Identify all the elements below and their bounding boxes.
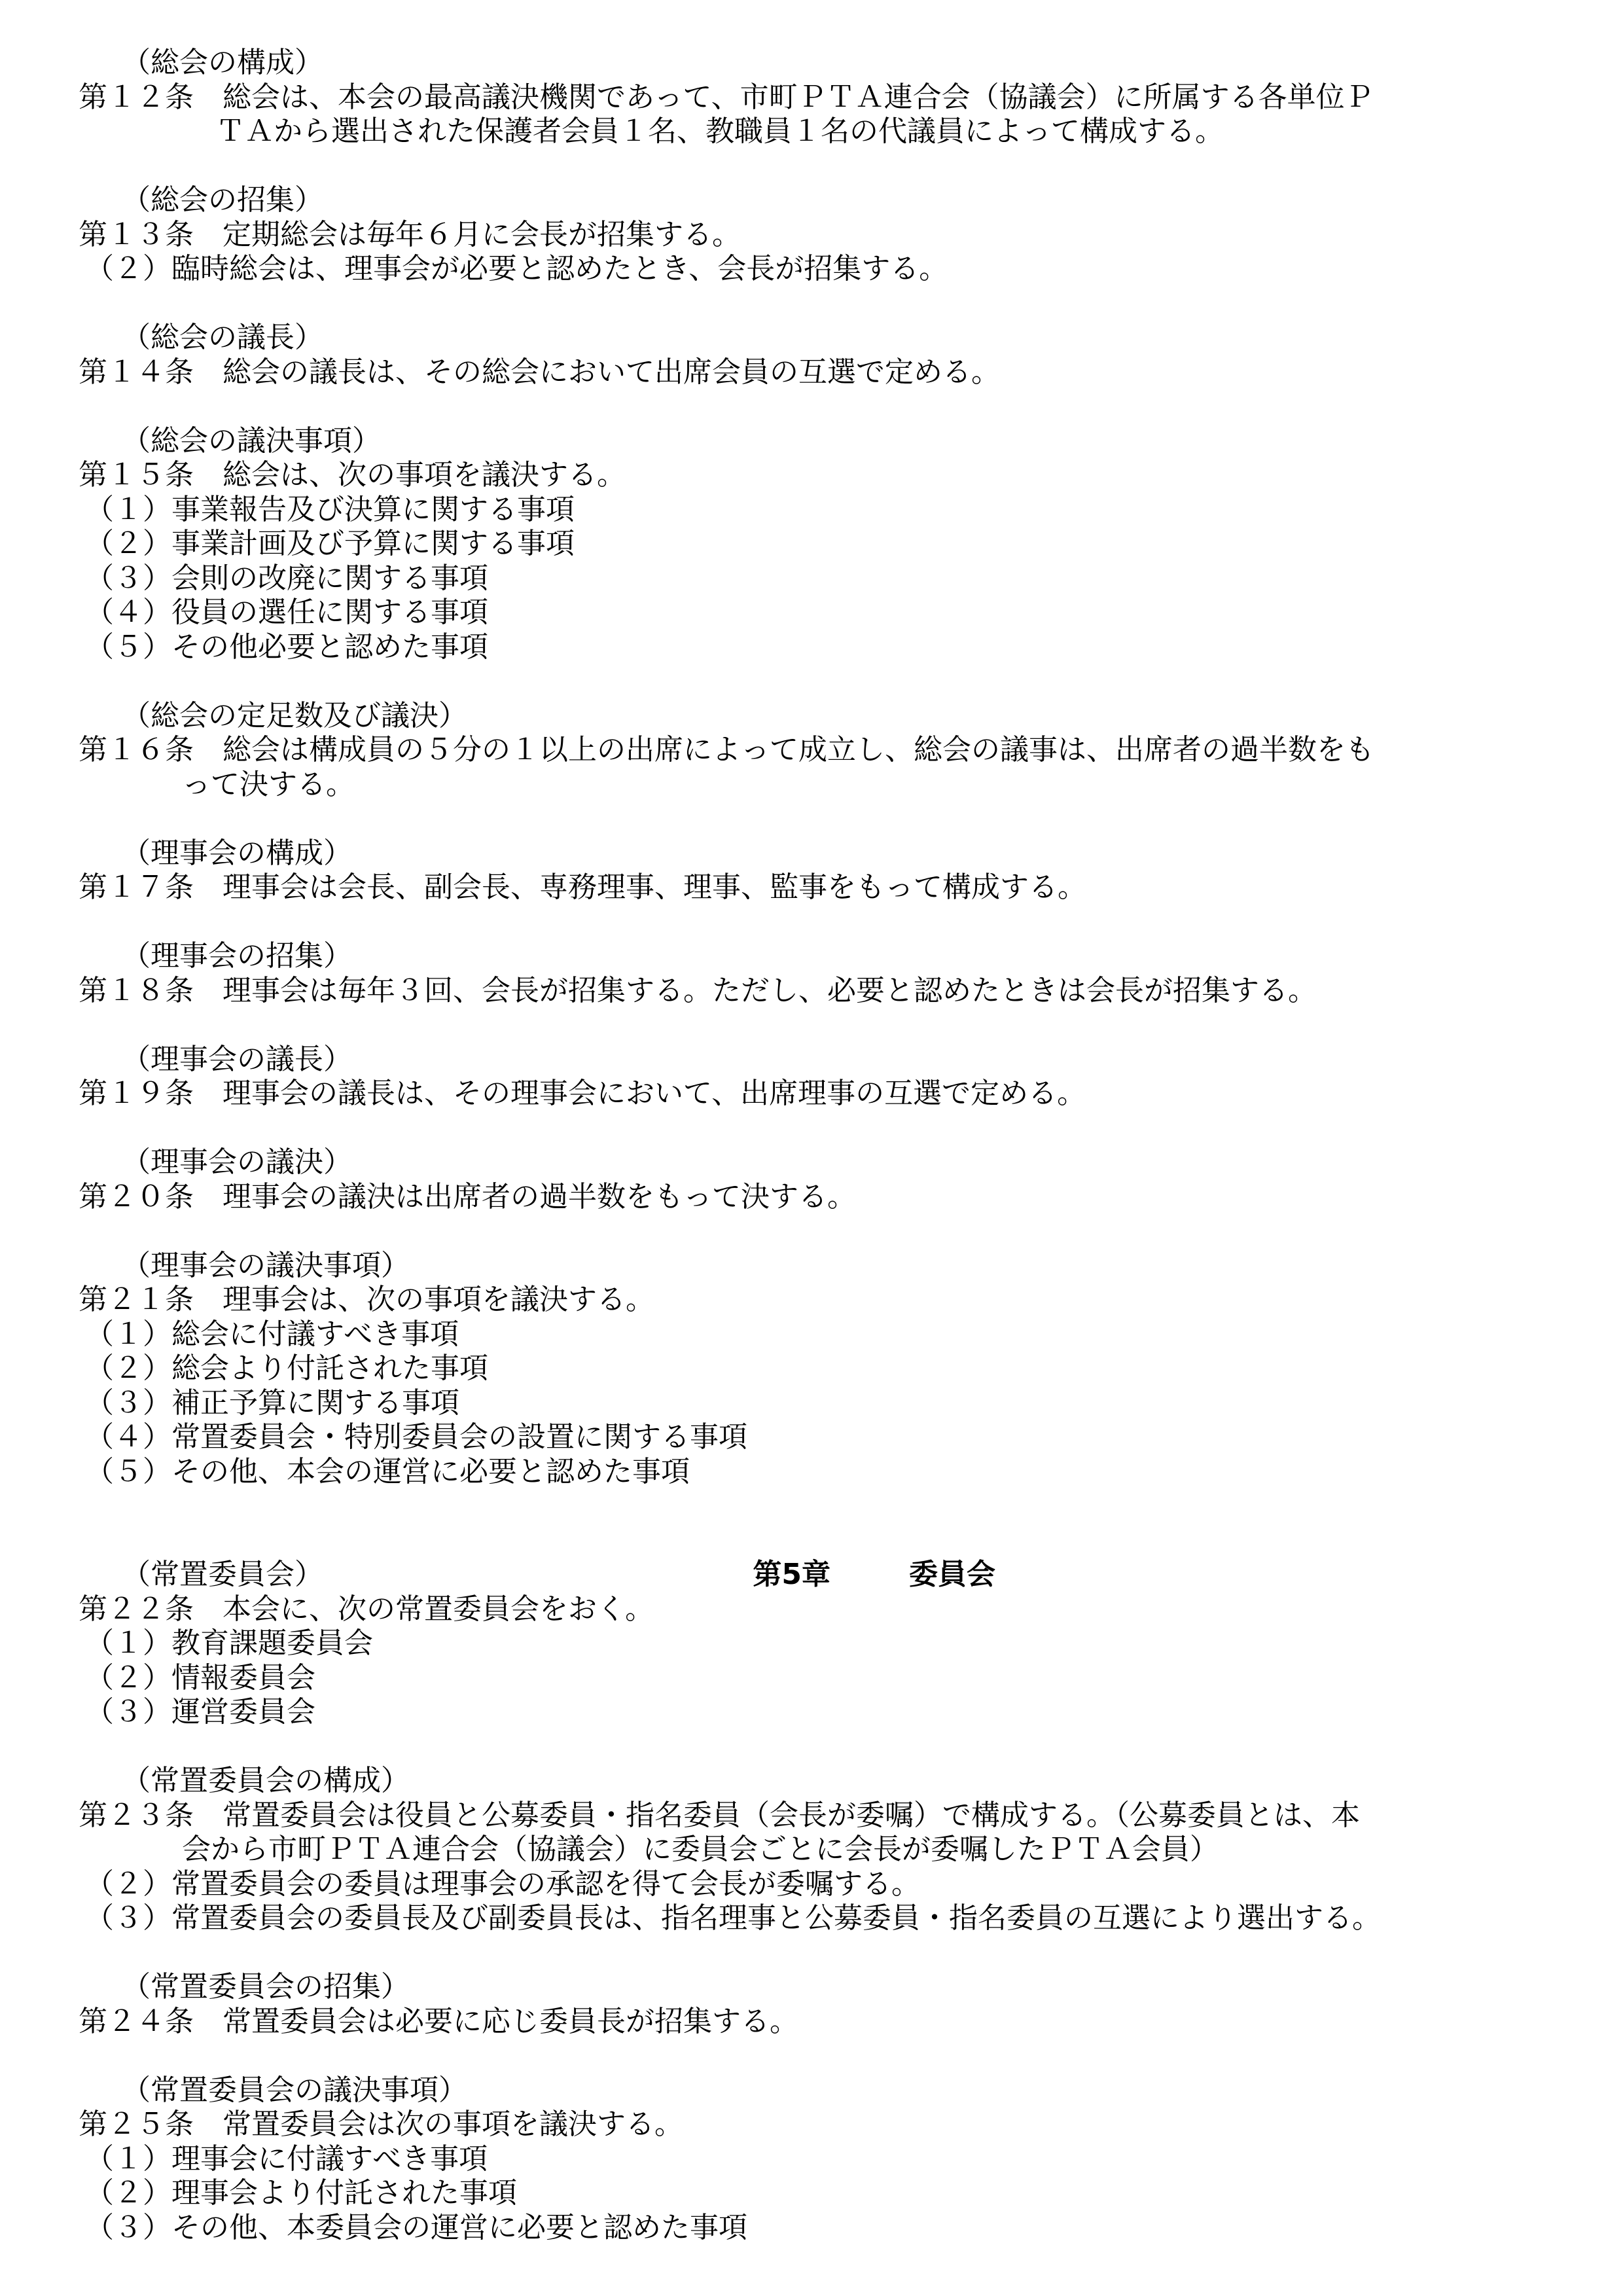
article-25-line-1: 第２５条 常置委員会は次の事項を議決する。 <box>79 2108 1558 2142</box>
section-title: （理事会の議決） <box>79 1145 1558 1180</box>
spacer <box>79 664 1558 699</box>
article-15-line-1: 第１５条 総会は、次の事項を議決する。 <box>79 458 1558 493</box>
section-title: （総会の招集） <box>79 183 1558 218</box>
section-title: （常置委員会の構成） <box>79 1764 1558 1799</box>
list-item: （２）情報委員会 <box>79 1661 1558 1696</box>
list-item: （２）理事会より付託された事項 <box>79 2176 1558 2211</box>
list-item: （４）役員の選任に関する事項 <box>79 596 1558 630</box>
list-item: （２）臨時総会は、理事会が必要と認めたとき、会長が招集する。 <box>79 252 1558 287</box>
article-14-line-1: 第１４条 総会の議長は、その総会において出席会員の互選で定める。 <box>79 355 1558 390</box>
spacer <box>79 1936 1558 1971</box>
list-item: （５）その他必要と認めた事項 <box>79 630 1558 665</box>
section-title: （総会の定足数及び議決） <box>79 699 1558 734</box>
spacer <box>79 1730 1558 1765</box>
list-item: （１）事業報告及び決算に関する事項 <box>79 493 1558 528</box>
section-title: （総会の構成） <box>79 46 1558 81</box>
article-13-line-1: 第１３条 定期総会は毎年６月に会長が招集する。 <box>79 218 1558 253</box>
chapter-heading: 第5章委員会 <box>79 1524 1558 1558</box>
article-16-line-1: 第１６条 総会は構成員の５分の１以上の出席によって成立し、総会の議事は、出席者の… <box>79 733 1558 768</box>
list-item: （３）会則の改廃に関する事項 <box>79 562 1558 596</box>
article-21-line-1: 第２１条 理事会は、次の事項を議決する。 <box>79 1283 1558 1318</box>
list-item: （４）常置委員会・特別委員会の設置に関する事項 <box>79 1420 1558 1455</box>
list-item: （３）運営委員会 <box>79 1695 1558 1730</box>
article-22-line-1: 第２２条 本会に、次の常置委員会をおく。 <box>79 1592 1558 1627</box>
article-23-line-1: 第２３条 常置委員会は役員と公募委員・指名委員（会長が委嘱）で構成する。（公募委… <box>79 1799 1558 1833</box>
section-title: （総会の議長） <box>79 321 1558 355</box>
chapter-title: 委員会 <box>909 1558 995 1591</box>
section-title: （理事会の議決事項） <box>79 1249 1558 1283</box>
article-12-line-2: ＴＡから選出された保護者会員１名、教職員１名の代議員によって構成する。 <box>79 115 1558 149</box>
spacer <box>79 287 1558 321</box>
section-title: （理事会の議長） <box>79 1043 1558 1077</box>
section-title: （理事会の構成） <box>79 836 1558 871</box>
spacer <box>79 1111 1558 1146</box>
article-23-line-2: 会から市町ＰＴＡ連合会（協議会）に委員会ごとに会長が委嘱したＰＴＡ会員） <box>79 1833 1558 1867</box>
list-item: （２）常置委員会の委員は理事会の承認を得て会長が委嘱する。 <box>79 1867 1558 1902</box>
chapter-number: 第5章 <box>753 1558 830 1591</box>
section-title: （常置委員会の招集） <box>79 1970 1558 2005</box>
section-title: （理事会の招集） <box>79 939 1558 974</box>
spacer <box>79 389 1558 424</box>
list-item: （１）教育課題委員会 <box>79 1626 1558 1661</box>
section-title: （総会の議決事項） <box>79 424 1558 459</box>
list-item: （３）補正予算に関する事項 <box>79 1386 1558 1421</box>
article-17-line-1: 第１７条 理事会は会長、副会長、専務理事、理事、監事をもって構成する。 <box>79 870 1558 905</box>
document-page: （総会の構成） 第１２条 総会は、本会の最高議決機関であって、市町ＰＴＡ連合会（… <box>79 46 1558 2245</box>
list-item: （２）総会より付託された事項 <box>79 1352 1558 1386</box>
spacer <box>79 1214 1558 1249</box>
spacer <box>79 802 1558 836</box>
article-24-line-1: 第２４条 常置委員会は必要に応じ委員長が招集する。 <box>79 2005 1558 2039</box>
list-item: （５）その他、本会の運営に必要と認めた事項 <box>79 1455 1558 1490</box>
article-18-line-1: 第１８条 理事会は毎年３回、会長が招集する。ただし、必要と認めたときは会長が招集… <box>79 974 1558 1009</box>
list-item: （１）総会に付議すべき事項 <box>79 1318 1558 1352</box>
spacer <box>79 1489 1558 1524</box>
list-item: （１）理事会に付議すべき事項 <box>79 2142 1558 2177</box>
list-item: （３）その他、本委員会の運営に必要と認めた事項 <box>79 2211 1558 2246</box>
article-19-line-1: 第１９条 理事会の議長は、その理事会において、出席理事の互選で定める。 <box>79 1077 1558 1111</box>
list-item: （２）事業計画及び予算に関する事項 <box>79 527 1558 562</box>
spacer <box>79 1008 1558 1043</box>
spacer <box>79 149 1558 184</box>
spacer <box>79 905 1558 940</box>
section-title: （常置委員会の議決事項） <box>79 2073 1558 2108</box>
article-12-line-1: 第１２条 総会は、本会の最高議決機関であって、市町ＰＴＡ連合会（協議会）に所属す… <box>79 81 1558 115</box>
article-20-line-1: 第２０条 理事会の議決は出席者の過半数をもって決する。 <box>79 1180 1558 1215</box>
list-item: （３）常置委員会の委員長及び副委員長は、指名理事と公募委員・指名委員の互選により… <box>79 1901 1558 1936</box>
article-16-line-2: って決する。 <box>79 768 1558 802</box>
spacer <box>79 2039 1558 2073</box>
